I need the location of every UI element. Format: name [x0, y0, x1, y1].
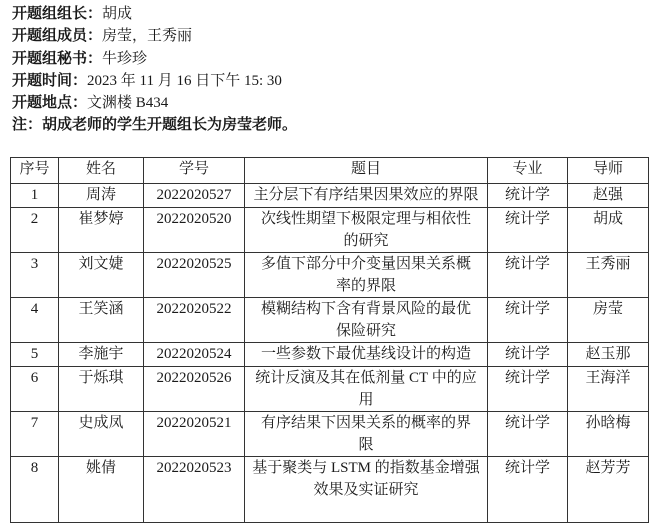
meta-label-group-members: 开题组成员：	[12, 28, 102, 44]
cell-name: 刘文婕	[59, 253, 144, 298]
meta-line-location: 开题地点：文渊楼 B434	[12, 92, 297, 114]
cell-title: 有序结果下因果关系的概率的界 限	[245, 412, 488, 457]
cell-student-id: 2022020522	[144, 298, 245, 343]
cell-major: 统计学	[488, 412, 568, 457]
cell-student-id: 2022020525	[144, 253, 245, 298]
cell-student-id: 2022020521	[144, 412, 245, 457]
cell-student-id: 2022020520	[144, 208, 245, 253]
cell-index: 1	[11, 184, 59, 208]
cell-index: 2	[11, 208, 59, 253]
table-row: 5 李施宇 2022020524 一些参数下最优基线设计的构造 统计学 赵玉那	[11, 343, 649, 367]
cell-major: 统计学	[488, 367, 568, 412]
cell-name: 于烁琪	[59, 367, 144, 412]
meta-label-time: 开题时间：	[12, 73, 87, 89]
cell-title: 次线性期望下极限定理与相依性 的研究	[245, 208, 488, 253]
meta-value-time: 2023 年 11 月 16 日下午 15: 30	[87, 73, 282, 89]
meta-line-time: 开题时间：2023 年 11 月 16 日下午 15: 30	[12, 70, 297, 92]
meta-label-note: 注：	[12, 117, 42, 133]
meta-value-group-leader: 胡成	[102, 6, 132, 22]
cell-major: 统计学	[488, 208, 568, 253]
cell-index: 7	[11, 412, 59, 457]
cell-major: 统计学	[488, 253, 568, 298]
cell-student-id: 2022020526	[144, 367, 245, 412]
meta-line-note: 注：胡成老师的学生开题组长为房莹老师。	[12, 114, 297, 136]
cell-advisor: 赵强	[568, 184, 649, 208]
cell-major: 统计学	[488, 298, 568, 343]
cell-advisor: 赵玉那	[568, 343, 649, 367]
cell-advisor: 赵芳芳	[568, 457, 649, 523]
cell-index: 3	[11, 253, 59, 298]
meta-block: 开题组组长：胡成 开题组成员：房莹，王秀丽 开题组秘书：牛珍珍 开题时间：202…	[12, 3, 297, 137]
cell-advisor: 胡成	[568, 208, 649, 253]
cell-name: 周涛	[59, 184, 144, 208]
student-roster-table: 序号 姓名 学号 题目 专业 导师 1 周涛 2022020527 主分层下有序…	[10, 157, 649, 523]
meta-line-group-leader: 开题组组长：胡成	[12, 3, 297, 25]
meta-value-note: 胡成老师的学生开题组长为房莹老师。	[42, 117, 297, 133]
cell-index: 4	[11, 298, 59, 343]
cell-major: 统计学	[488, 184, 568, 208]
meta-line-group-members: 开题组成员：房莹，王秀丽	[12, 25, 297, 47]
cell-advisor: 孙晗梅	[568, 412, 649, 457]
cell-advisor: 王秀丽	[568, 253, 649, 298]
table-row: 6 于烁琪 2022020526 统计反演及其在低剂量 CT 中的应 用 统计学…	[11, 367, 649, 412]
meta-label-group-leader: 开题组组长：	[12, 6, 102, 22]
meta-label-location: 开题地点：	[12, 95, 87, 111]
cell-name: 史成凤	[59, 412, 144, 457]
cell-name: 王笑涵	[59, 298, 144, 343]
cell-advisor: 王海洋	[568, 367, 649, 412]
cell-index: 6	[11, 367, 59, 412]
cell-index: 5	[11, 343, 59, 367]
cell-major: 统计学	[488, 457, 568, 523]
cell-name: 崔梦婷	[59, 208, 144, 253]
cell-title: 一些参数下最优基线设计的构造	[245, 343, 488, 367]
header-major: 专业	[488, 158, 568, 184]
cell-index: 8	[11, 457, 59, 523]
cell-advisor: 房莹	[568, 298, 649, 343]
header-name: 姓名	[59, 158, 144, 184]
cell-title: 主分层下有序结果因果效应的界限	[245, 184, 488, 208]
cell-major: 统计学	[488, 343, 568, 367]
table-row: 3 刘文婕 2022020525 多值下部分中介变量因果关系概 率的界限 统计学…	[11, 253, 649, 298]
meta-value-group-members: 房莹，王秀丽	[102, 28, 192, 44]
cell-student-id: 2022020523	[144, 457, 245, 523]
table-header-row: 序号 姓名 学号 题目 专业 导师	[11, 158, 649, 184]
cell-student-id: 2022020524	[144, 343, 245, 367]
cell-title: 模糊结构下含有背景风险的最优 保险研究	[245, 298, 488, 343]
table-row: 8 姚倩 2022020523 基于聚类与 LSTM 的指数基金增强 效果及实证…	[11, 457, 649, 523]
cell-title: 基于聚类与 LSTM 的指数基金增强 效果及实证研究	[245, 457, 488, 523]
header-advisor: 导师	[568, 158, 649, 184]
header-title: 题目	[245, 158, 488, 184]
table-row: 1 周涛 2022020527 主分层下有序结果因果效应的界限 统计学 赵强	[11, 184, 649, 208]
header-student-id: 学号	[144, 158, 245, 184]
cell-title: 统计反演及其在低剂量 CT 中的应 用	[245, 367, 488, 412]
cell-student-id: 2022020527	[144, 184, 245, 208]
header-index: 序号	[11, 158, 59, 184]
meta-value-location: 文渊楼 B434	[87, 95, 168, 111]
table-row: 2 崔梦婷 2022020520 次线性期望下极限定理与相依性 的研究 统计学 …	[11, 208, 649, 253]
cell-title: 多值下部分中介变量因果关系概 率的界限	[245, 253, 488, 298]
meta-value-group-secretary: 牛珍珍	[102, 51, 147, 67]
cell-name: 李施宇	[59, 343, 144, 367]
meta-label-group-secretary: 开题组秘书：	[12, 51, 102, 67]
table-row: 7 史成凤 2022020521 有序结果下因果关系的概率的界 限 统计学 孙晗…	[11, 412, 649, 457]
cell-name: 姚倩	[59, 457, 144, 523]
meta-line-group-secretary: 开题组秘书：牛珍珍	[12, 48, 297, 70]
table-row: 4 王笑涵 2022020522 模糊结构下含有背景风险的最优 保险研究 统计学…	[11, 298, 649, 343]
